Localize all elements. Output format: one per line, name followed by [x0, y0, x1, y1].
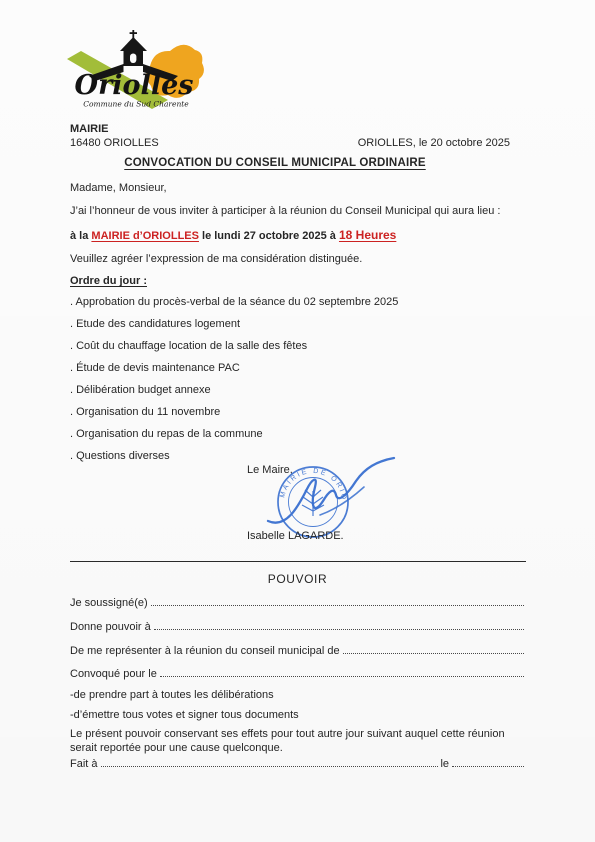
dotted-fill-field	[452, 766, 524, 767]
church-window	[130, 54, 136, 64]
meeting-date: le lundi 27 octobre 2025 à	[199, 230, 339, 242]
agenda-item: . Approbation du procès-verbal de la séa…	[70, 295, 398, 309]
dotted-fill-field	[343, 653, 524, 654]
pouvoir-line-convoque: Convoqué pour le	[70, 668, 526, 680]
section-divider	[70, 561, 526, 562]
oriolles-logo-graphic: Oriolles Commune du Sud Charente	[66, 28, 204, 114]
meeting-place: MAIRIE d’ORIOLLES	[91, 230, 199, 242]
logo-tagline: Commune du Sud Charente	[83, 100, 189, 109]
office-address: 16480 ORIOLLES	[70, 136, 159, 150]
pouvoir-bullet: -de prendre part à toutes les délibérati…	[70, 688, 274, 702]
field-label: De me représenter à la réunion du consei…	[70, 645, 340, 657]
dotted-fill-field	[154, 629, 524, 630]
agenda-item: . Étude de devis maintenance PAC	[70, 361, 240, 375]
pouvoir-line-representer: De me représenter à la réunion du consei…	[70, 645, 526, 657]
field-label: Convoqué pour le	[70, 668, 157, 680]
closing-formula: Veuillez agréer l’expression de ma consi…	[70, 252, 362, 266]
meeting-details-line: à la MAIRIE d’ORIOLLES le lundi 27 octob…	[70, 228, 396, 243]
agenda-item: . Organisation du 11 novembre	[70, 405, 220, 419]
field-label: Fait à	[70, 758, 98, 770]
commune-logo: Oriolles Commune du Sud Charente	[66, 28, 204, 119]
pouvoir-heading: POUVOIR	[0, 572, 595, 586]
scanned-letter-page: Oriolles Commune du Sud Charente MAIRIE …	[0, 0, 595, 842]
pouvoir-line-donne: Donne pouvoir à	[70, 621, 526, 633]
signer-name: Isabelle LAGARDE.	[247, 529, 344, 543]
field-label: Je soussigné(e)	[70, 597, 148, 609]
agenda-item: . Organisation du repas de la commune	[70, 427, 263, 441]
agenda-item: . Etude des candidatures logement	[70, 317, 240, 331]
pouvoir-line-fait: Fait à le	[70, 758, 526, 770]
pouvoir-line-soussigne: Je soussigné(e)	[70, 597, 526, 609]
field-label: Donne pouvoir à	[70, 621, 151, 633]
meeting-time: 18 Heures	[339, 228, 396, 242]
field-label: le	[440, 758, 449, 770]
pouvoir-paragraph: Le présent pouvoir conservant ses effets…	[70, 727, 528, 755]
dotted-fill-field	[160, 676, 524, 677]
place-prefix: à la	[70, 230, 91, 242]
pouvoir-bullet: -d’émettre tous votes et signer tous doc…	[70, 708, 299, 722]
agenda-item: . Délibération budget annexe	[70, 383, 211, 397]
stamp-emblem	[302, 490, 324, 516]
salutation: Madame, Monsieur,	[70, 181, 167, 195]
dotted-fill-field	[151, 605, 524, 606]
dotted-fill-field	[101, 766, 439, 767]
agenda-heading: Ordre du jour :	[70, 274, 147, 288]
official-stamp	[278, 467, 348, 537]
agenda-item: . Questions diverses	[70, 449, 170, 463]
signature-flourish	[320, 487, 364, 515]
intro-paragraph: J’ai l’honneur de vous inviter à partici…	[70, 204, 540, 218]
document-title: CONVOCATION DU CONSEIL MUNICIPAL ORDINAI…	[25, 157, 525, 169]
office-name: MAIRIE	[70, 122, 109, 136]
agenda-item: . Coût du chauffage location de la salle…	[70, 339, 307, 353]
signer-role: Le Maire,	[247, 463, 293, 477]
logo-wordmark: Oriolles	[75, 70, 194, 101]
dateline: ORIOLLES, le 20 octobre 2025	[298, 136, 510, 150]
